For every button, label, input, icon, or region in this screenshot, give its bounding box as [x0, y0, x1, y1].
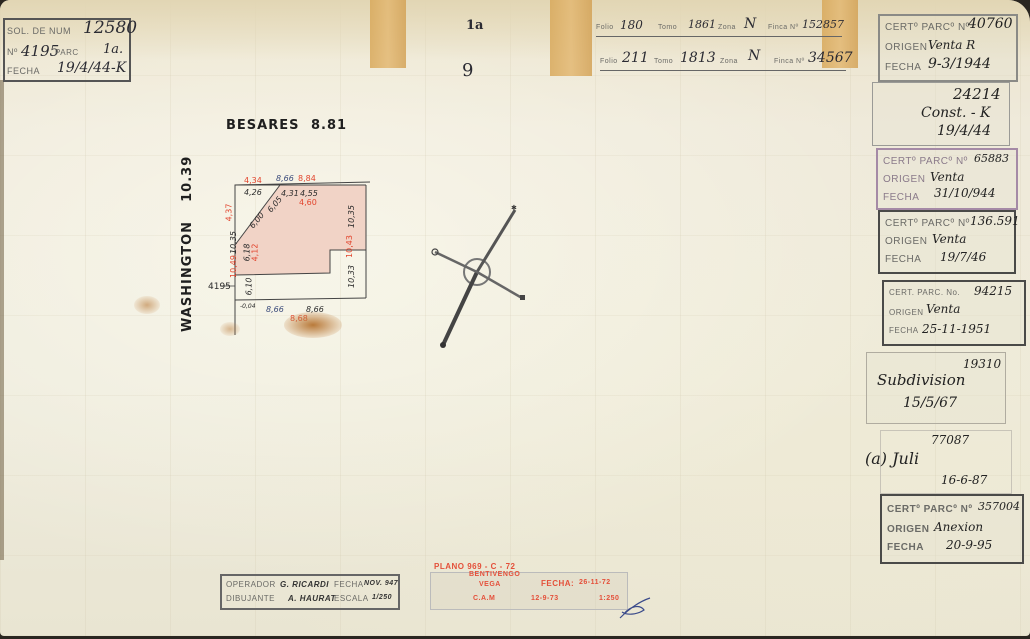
cert-label: CERTº PARCº Nº	[885, 22, 970, 33]
certificate-stamp: CERTº PARCº Nº 65883 ORIGEN Venta FECHA …	[876, 148, 1018, 210]
fecha-label: FECHA	[334, 580, 364, 589]
dibujante-label: DIBUJANTE	[226, 594, 275, 603]
dim-black: 8,66	[276, 174, 294, 183]
origen-label: ORIGEN	[885, 236, 927, 247]
cert-label: CERTº PARCº Nº	[887, 504, 973, 515]
origen-label: ORIGEN	[887, 524, 929, 535]
fecha-label: FECHA	[7, 66, 40, 76]
plano-stamp: BENTIVENGO VEGA FECHA: 26-11-72 C.A.M 12…	[430, 572, 628, 610]
tomo-value: 1813	[680, 50, 716, 66]
sol-label: SOL. DE NUM	[7, 26, 71, 36]
finca-value: 34567	[808, 50, 853, 66]
certificate-stamp: CERTº PARCº Nº 40760 ORIGEN Venta R FECH…	[878, 14, 1018, 82]
zona-label: Zona	[720, 58, 738, 65]
operador-label: OPERADOR	[226, 580, 276, 589]
dim-red: 4,12	[250, 244, 259, 262]
parc-value: 1a.	[103, 42, 123, 57]
dim-red: 10,49	[229, 255, 238, 278]
origen-label: ORIGEN	[889, 308, 924, 317]
cert-number: 24214	[953, 85, 1001, 103]
dim-red: 4,34	[244, 176, 262, 185]
num-value: 4195	[21, 42, 59, 60]
escala-value: 1/250	[372, 594, 392, 601]
dim-red: 4,60	[299, 198, 317, 207]
dim-black: 10,35	[229, 231, 238, 254]
cert-number: 136.591	[970, 214, 1020, 228]
street-besares: BESARES 8.81	[226, 118, 347, 133]
certificate-stamp: 24214 Const. - K 19/4/44	[872, 82, 1010, 146]
folio-value: 180	[620, 18, 643, 32]
svg-text:✱: ✱	[511, 204, 517, 212]
finca-value: 152857	[802, 18, 844, 31]
solicitud-stamp: SOL. DE NUM 12580 Nº 4195 PARC 1a. FECHA…	[3, 18, 131, 82]
dibujante-value: A. HAURAT	[288, 594, 336, 603]
cadastral-card: SOL. DE NUM 12580 Nº 4195 PARC 1a. FECHA…	[0, 0, 1030, 636]
origen-value: Subdivision	[877, 371, 965, 389]
sol-number: 12580	[83, 18, 137, 38]
fecha-label: FECHA	[889, 326, 919, 335]
dim-black: 6,10	[244, 278, 253, 296]
dim-red: 4,37	[224, 204, 233, 222]
street-washington: WASHINGTON 10.39	[176, 156, 195, 332]
card-left-edge	[0, 80, 4, 560]
origen-label: ORIGEN	[885, 42, 927, 53]
num-label: Nº	[7, 47, 18, 57]
cert-number: 19310	[963, 357, 1001, 371]
parc-label: PARC	[55, 48, 79, 57]
folio-label: Folio	[596, 24, 614, 31]
street-width: 8.81	[311, 118, 347, 133]
fecha-label: FECHA	[885, 62, 921, 73]
dim-black: 8,66	[266, 305, 284, 314]
zona-value: N	[748, 48, 760, 64]
origen-value: (a) Juli	[865, 449, 919, 468]
origen-value: Venta	[926, 302, 960, 316]
operador-value: G. RICARDI	[280, 580, 329, 589]
cert-number: 94215	[974, 284, 1012, 298]
fecha-value: 20-9-95	[946, 538, 992, 552]
cert-number: 77087	[931, 433, 969, 447]
registry-line-2: Folio 211 Tomo 1813 Zona N Finca Nº 3456…	[600, 50, 846, 71]
fecha-value: 19/7/46	[940, 250, 986, 264]
plano-name1: BENTIVENGO	[469, 571, 520, 578]
signature-icon	[618, 596, 654, 622]
tape-strip	[370, 0, 406, 68]
zona-value: N	[744, 16, 756, 32]
origen-value: Const. - K	[921, 105, 991, 121]
folio-label: Folio	[600, 58, 618, 65]
finca-label: Finca Nº	[768, 24, 799, 31]
certificate-stamp: CERTº PARCº Nº 136.591 ORIGEN Venta FECH…	[878, 210, 1016, 274]
plano-scale: 1:250	[599, 595, 619, 602]
street-name: WASHINGTON	[180, 221, 195, 332]
origen-value: Venta	[932, 232, 966, 246]
dim-red: 10,43	[345, 235, 354, 258]
fecha-label: FECHA	[885, 254, 921, 265]
dim-black: 4,31	[281, 189, 299, 198]
plano-name2: VEGA	[479, 581, 501, 588]
origen-label: ORIGEN	[883, 174, 925, 185]
plano-fecha-label: FECHA:	[541, 579, 574, 588]
fecha-value: 15/5/67	[903, 395, 957, 411]
certificate-stamp: 19310 Subdivision 15/5/67	[866, 352, 1006, 424]
dim-black: 4,26	[244, 188, 262, 197]
lot-number: 4195	[208, 282, 231, 292]
cert-label: CERTº PARCº Nº	[885, 218, 970, 229]
fecha-value: 16-6-87	[941, 473, 987, 487]
origen-value: Venta	[930, 170, 964, 184]
finca-label: Finca Nº	[774, 58, 805, 65]
fecha-value: 25-11-1951	[922, 322, 991, 336]
origen-value: Venta R	[928, 38, 975, 52]
folio-value: 211	[622, 50, 649, 66]
fecha-value: NOV. 947	[364, 580, 398, 587]
tomo-label: Tomo	[654, 58, 673, 65]
aged-top-band	[0, 0, 1030, 60]
fecha-label: FECHA	[883, 192, 919, 203]
escala-label: ESCALA	[334, 594, 369, 603]
origen-value: Anexion	[934, 520, 983, 534]
certificate-stamp: CERT. PARC. No. 94215 ORIGEN Venta FECHA…	[882, 280, 1026, 346]
tomo-value: 1861	[688, 18, 716, 31]
stain	[284, 312, 342, 338]
dim-black: 10,33	[347, 265, 356, 288]
street-width: 10.39	[180, 156, 195, 202]
cert-number: 357004	[978, 500, 1020, 513]
fecha-value: 19/4/44-K	[57, 60, 126, 76]
operator-stamp: OPERADOR G. RICARDI FECHA NOV. 947 DIBUJ…	[220, 574, 400, 610]
stain	[220, 322, 240, 336]
fecha-label: FECHA	[887, 542, 924, 553]
certificate-stamp: CERTº PARCº Nº 357004 ORIGEN Anexion FEC…	[880, 494, 1024, 564]
street-name: BESARES	[226, 118, 299, 133]
cert-label: CERT. PARC. No.	[889, 288, 960, 297]
cert-label: CERTº PARCº Nº	[883, 156, 968, 167]
plano-cam: C.A.M	[473, 595, 495, 602]
fecha-value: 9-3/1944	[928, 56, 991, 72]
plano-date2: 12-9-73	[531, 595, 559, 602]
tomo-label: Tomo	[658, 24, 677, 31]
plano-number: PLANO 969 - C - 72	[434, 562, 515, 571]
dim-black: 4,55	[300, 189, 318, 198]
dim-black: 10,35	[347, 205, 356, 228]
fecha-value: 19/4/44	[937, 123, 991, 139]
cert-number: 40760	[968, 16, 1013, 32]
certificate-stamp: 77087 (a) Juli 16-6-87	[880, 430, 1012, 494]
registry-line-1: Folio 180 Tomo 1861 Zona N Finca Nº 1528…	[596, 18, 842, 37]
tape-strip	[550, 0, 592, 76]
dim-black: -0,04	[240, 303, 256, 310]
zona-label: Zona	[718, 24, 736, 31]
stain	[134, 296, 160, 314]
compass-rose-icon: ✱	[425, 200, 535, 355]
fecha-value: 31/10/944	[934, 186, 996, 200]
cert-number: 65883	[974, 152, 1009, 165]
sheet-mark: 9	[462, 60, 473, 81]
parcel-mark: 1a	[466, 18, 483, 33]
plano-fecha-value: 26-11-72	[579, 579, 611, 586]
dim-red: 8,84	[298, 174, 316, 183]
